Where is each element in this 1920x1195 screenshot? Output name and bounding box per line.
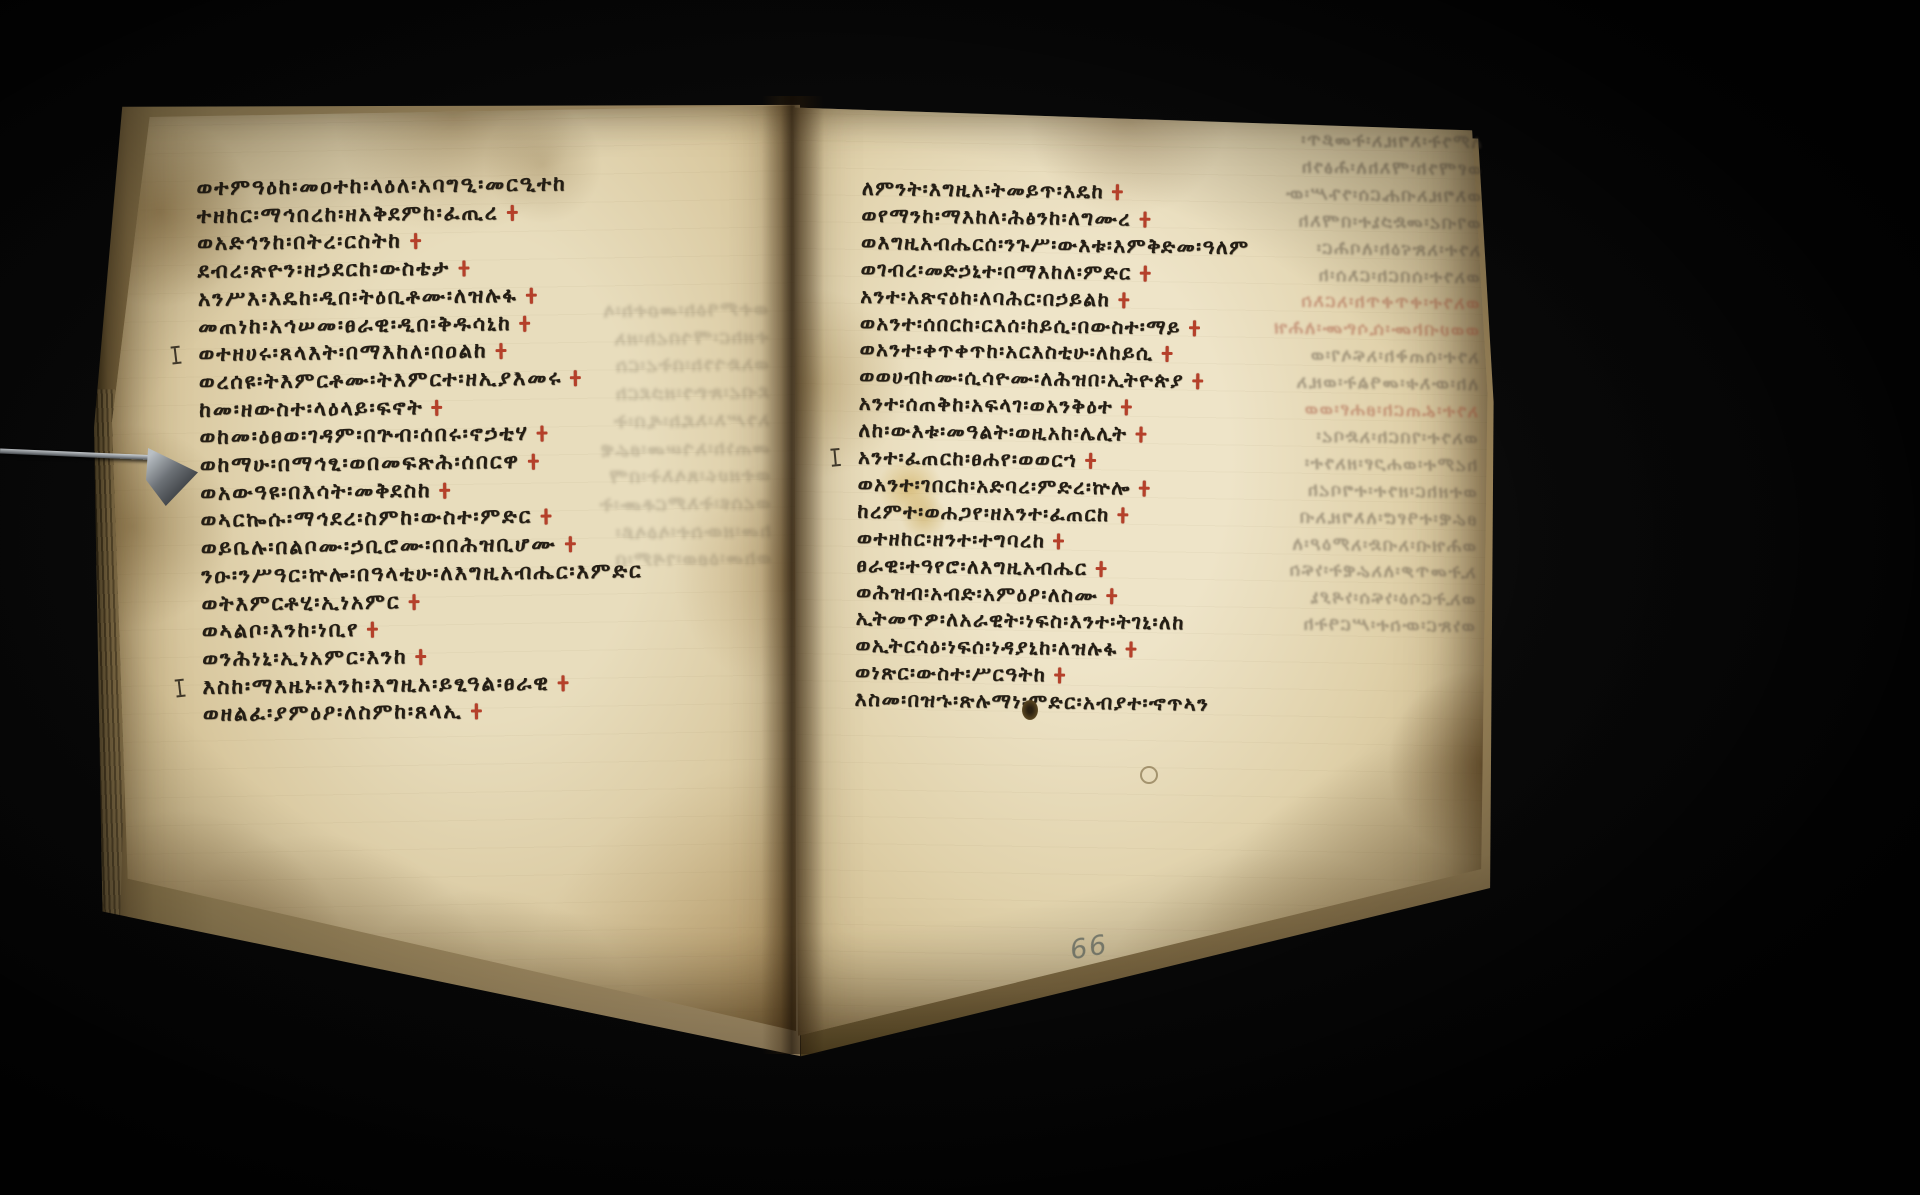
red-cross-mark: [408, 594, 419, 610]
red-cross-mark: [1140, 265, 1151, 281]
red-cross-mark: [528, 454, 539, 470]
manuscript-line-text: ተዘከር፡ማኅበረከ፡ዘአቅደምከ፡ፈጢረ: [197, 200, 499, 228]
red-cross-mark: [1112, 184, 1123, 200]
manuscript-line: ወሕዝብ፡አብድ፡አምዕዖ፡ለስሙ: [856, 579, 1117, 610]
red-cross-mark: [558, 675, 569, 691]
manuscript-line: ወአውዓዩ፡በእሳት፡መቅደስከ: [200, 477, 451, 507]
red-cross-mark: [540, 509, 551, 525]
red-cross-mark: [367, 622, 378, 638]
manuscript-line-text: ፀራዊ፡ተዓየሮ፡ለእግዚአብሔር: [856, 552, 1087, 579]
manuscript-line-text: ወተዘሀሩ፡ጸላእት፡በማእከለ፡በዐልከ: [198, 338, 487, 366]
manuscript-line: ወኢትርሳዕ፡ነፍሰ፡ነዳያኒከ፡ለዝሉፋ: [855, 633, 1136, 664]
manuscript-line: ወተዘሀሩ፡ጸላእት፡በማእከለ፡በዐልከ: [198, 338, 506, 369]
manuscript-line-text: ወተምዓዕከ፡መዐተከ፡ላዕለ፡አባግዒ፡መርዒተከ: [196, 171, 566, 200]
red-cross-mark: [458, 261, 469, 277]
manuscript-line: ወዘልፈ፡ያምዕዖ፡ለስምከ፡ጸላኢ: [203, 699, 482, 729]
parchment-ring-stain: [1140, 766, 1158, 784]
manuscript-line-text: ወንሕነኒ፡ኢነአምር፡እንከ: [202, 644, 408, 671]
red-cross-mark: [431, 399, 442, 415]
red-cross-mark: [1121, 400, 1132, 416]
manuscript-line-text: እስከ፡ማእዜኑ፡እንከ፡እግዚአ፡ይፂዓል፡ፀራዊ: [202, 670, 549, 698]
red-cross-mark: [1161, 346, 1172, 362]
red-cross-mark: [1139, 211, 1150, 227]
manuscript-line: ደብረ፡ጽዮን፡ዘኃደርከ፡ውስቴታ: [197, 256, 469, 286]
manuscript-line: ከመ፡ዘውስተ፡ላዕላይ፡ፍኖት: [199, 394, 443, 424]
manuscript-line: ለከ፡ውእቱ፡መዓልት፡ወዚአከ፡ሌሊት: [858, 418, 1146, 449]
manuscript-line: አንሥእ፡እዴከ፡ዲበ፡ትዕቢቶሙ፡ለዝሉፋ: [198, 282, 537, 313]
red-cross-mark: [564, 536, 575, 552]
manuscript-line-text: አንተ፡አጽናዕከ፡ለባሕር፡በኃይልከ: [860, 283, 1110, 310]
red-cross-mark: [495, 343, 506, 359]
manuscript-line-text: ወእግዚአብሔርሰ፡ንጉሥ፡ውእቱ፡እምቅድመ፡ዓለም: [861, 229, 1250, 258]
manuscript-line-text: ወይቤሉ፡በልቦሙ፡ኃቢሮሙ፡በበሕዝቢሆሙ: [201, 532, 557, 560]
manuscript-line: ተዘከር፡ማኅበረከ፡ዘአቅደምከ፡ፈጢረ: [197, 200, 518, 231]
manuscript-line: መጠነከ፡አኅሠመ፡ፀራዊ፡ዲበ፡ቅዱሳኒከ: [198, 310, 531, 341]
manuscript-line: ንዑ፡ንሥዓር፡ኵሎ፡በዓላቲሁ፡ለእግዚአብሔር፡እምድር: [201, 558, 643, 590]
red-cross-mark: [415, 649, 426, 665]
red-cross-mark: [1095, 561, 1106, 577]
red-cross-mark: [471, 704, 482, 720]
manuscript-line-text: ወሕዝብ፡አብድ፡አምዕዖ፡ለስሙ: [856, 579, 1098, 606]
manuscript-line: ወከመ፡ዕፀወ፡ገዳም፡በጕብ፡ሰበሩ፡ኖኃቲሃ: [199, 421, 548, 452]
manuscript-line: ወከማሁ፡በማኅፂ፡ወበመፍጽሕ፡ሰበርዋ: [200, 449, 539, 480]
manuscript-line-text: አንሥእ፡እዴከ፡ዲበ፡ትዕቢቶሙ፡ለዝሉፋ: [198, 283, 518, 311]
left-page-text: ወተምዓዕከ፡መዐተከ፡ላዕለ፡አባግዒ፡መርዒተከተዘከር፡ማኅበረከ፡ዘአቅ…: [196, 168, 823, 776]
manuscript-line-text: ወትእምርቶሂ፡ኢነአምር: [201, 589, 400, 615]
red-cross-mark: [1085, 453, 1096, 469]
red-cross-mark: [1053, 533, 1064, 549]
red-cross-mark: [1106, 588, 1117, 604]
manuscript-line: ወነጽር፡ውስተ፡ሥርዓትከ: [855, 660, 1066, 690]
red-cross-mark: [1135, 427, 1146, 443]
manuscript-line-text: ወረሰዩ፡ትእምርቶሙ፡ትእምርተ፡ዘኢያእመሩ: [199, 365, 563, 393]
manuscript-line-text: ወኣርኰሱ፡ማኅደረ፡ስምከ፡ውስተ፡ምድር: [200, 504, 532, 532]
right-page-text: ለምንት፡እግዚአ፡ትመይጥ፡እዴከወየማንከ፡ማእከለ፡ሕፅንከ፡ለግሙረወእ…: [854, 176, 1482, 765]
manuscript-line-text: ወከማሁ፡በማኅፂ፡ወበመፍጽሕ፡ሰበርዋ: [200, 449, 520, 477]
red-cross-mark: [410, 233, 421, 249]
red-cross-mark: [1118, 292, 1129, 308]
parchment-hole: [1022, 700, 1038, 720]
manuscript-line-text: ወኢትርሳዕ፡ነፍሰ፡ነዳያኒከ፡ለዝሉፋ: [855, 633, 1117, 661]
manuscript-line: ከረምተ፡ወሐጋየ፡ዘአንተ፡ፈጠርከ: [857, 498, 1129, 529]
red-cross-mark: [1118, 507, 1129, 523]
red-cross-mark: [520, 315, 531, 331]
red-cross-mark: [506, 205, 517, 221]
manuscript-line-text: ወዘልፈ፡ያምዕዖ፡ለስምከ፡ጸላኢ: [203, 699, 463, 726]
manuscript-line-text: ደብረ፡ጽዮን፡ዘኃደርከ፡ውስቴታ: [197, 256, 450, 283]
manuscript-line-text: አንተ፡ሰጠቅከ፡አፍላገ፡ወአንቅዕተ: [859, 391, 1114, 419]
red-cross-mark: [1192, 374, 1203, 390]
manuscript-line: ወአድኅንከ፡በትረ፡ርስትከ: [197, 228, 421, 258]
red-cross-mark: [439, 482, 450, 498]
manuscript-line-text: ንዑ፡ንሥዓር፡ኵሎ፡በዓላቲሁ፡ለእግዚአብሔር፡እምድር: [201, 558, 643, 587]
red-cross-mark: [525, 287, 536, 303]
manuscript-line: ወንሕነኒ፡ኢነአምር፡እንከ: [202, 644, 427, 674]
manuscript-line-text: ወገብረ፡መድኃኒተ፡በማእከለ፡ምድር: [861, 256, 1132, 284]
manuscript-line: ለምንት፡እግዚአ፡ትመይጥ፡እዴከ: [862, 176, 1124, 207]
manuscript-line-text: ወወሀብኮሙ፡ሲሳዮሙ፡ለሕዝበ፡ኢትዮጵያ: [859, 364, 1184, 393]
manuscript-line-text: ወነጽር፡ውስተ፡ሥርዓትከ: [855, 660, 1047, 687]
manuscript-line-text: መጠነከ፡አኅሠመ፡ፀራዊ፡ዲበ፡ቅዱሳኒከ: [198, 310, 512, 338]
margin-numeral-mark: [171, 346, 182, 365]
pencil-page-number: 66: [1068, 929, 1111, 966]
red-cross-mark: [570, 370, 581, 386]
manuscript-line-text: ወአንተ፡ገበርከ፡አድባረ፡ምድረ፡ኵሎ: [858, 472, 1132, 500]
manuscript-line: ወይቤሉ፡በልቦሙ፡ኃቢሮሙ፡በበሕዝቢሆሙ: [201, 531, 576, 563]
manuscript-line-text: ለከ፡ውእቱ፡መዓልት፡ወዚአከ፡ሌሊት: [858, 418, 1127, 446]
manuscript-line: ወየማንከ፡ማእከለ፡ሕፅንከ፡ለግሙረ: [861, 203, 1150, 234]
manuscript-line: አንተ፡ሰጠቅከ፡አፍላገ፡ወአንቅዕተ: [859, 391, 1133, 422]
red-cross-mark: [1054, 668, 1065, 684]
red-cross-mark: [537, 426, 548, 442]
red-cross-mark: [1189, 320, 1200, 336]
manuscript-line: ወትእምርቶሂ፡ኢነአምር: [201, 589, 419, 619]
manuscript-line-text: ወአድኅንከ፡በትረ፡ርስትከ: [197, 229, 402, 255]
manuscript-line-text: ወከመ፡ዕፀወ፡ገዳም፡በጕብ፡ሰበሩ፡ኖኃቲሃ: [199, 421, 529, 449]
manuscript-line: እስከ፡ማእዜኑ፡እንከ፡እግዚአ፡ይፂዓል፡ፀራዊ: [202, 670, 568, 701]
manuscript-line: አንተ፡አጽናዕከ፡ለባሕር፡በኃይልከ: [860, 283, 1129, 314]
manuscript-line-text: ወአንተ፡ሰበርከ፡ርእሰ፡ከይሲ፡በውስተ፡ማይ: [860, 310, 1181, 338]
red-cross-mark: [1139, 480, 1150, 496]
manuscript-line-text: ወተዘከር፡ዘንተ፡ተግባረከ: [857, 525, 1046, 552]
manuscript-line: ወተምዓዕከ፡መዐተከ፡ላዕለ፡አባግዒ፡መርዒተከ: [196, 171, 566, 203]
manuscript-line: ወኣርኰሱ፡ማኅደረ፡ስምከ፡ውስተ፡ምድር: [200, 504, 551, 535]
manuscript-line: ወገብረ፡መድኃኒተ፡በማእከለ፡ምድር: [861, 256, 1151, 287]
red-cross-mark: [1126, 642, 1137, 658]
manuscript-line: ወተዘከር፡ዘንተ፡ተግባረከ: [857, 525, 1065, 555]
manuscript-line: አንተ፡ፈጠርከ፡ፀሐየ፡ወወርኀ: [858, 445, 1096, 475]
manuscript-line-text: ወአውዓዩ፡በእሳት፡መቅደስከ: [200, 478, 432, 505]
margin-numeral-mark: [830, 448, 841, 467]
manuscript-line: ወረሰዩ፡ትእምርቶሙ፡ትእምርተ፡ዘኢያእመሩ: [199, 365, 582, 397]
manuscript-line: ፀራዊ፡ተዓየሮ፡ለእግዚአብሔር: [856, 552, 1106, 582]
manuscript-line-text: ከመ፡ዘውስተ፡ላዕላይ፡ፍኖት: [199, 395, 424, 422]
manuscript-line: ወአንተ፡ገበርከ፡አድባረ፡ምድረ፡ኵሎ: [858, 472, 1151, 503]
manuscript-line-text: ኢትመጥዎ፡ለአራዊት፡ነፍስ፡እንተ፡ትገኒ፡ለከ: [856, 606, 1185, 635]
manuscript-line-text: ለምንት፡እግዚአ፡ትመይጥ፡እዴከ: [862, 176, 1105, 203]
manuscript-line-text: ከረምተ፡ወሐጋየ፡ዘአንተ፡ፈጠርከ: [857, 498, 1110, 526]
manuscript-line: ወኣልቦ፡እንከ፡ነቢየ: [202, 617, 379, 646]
manuscript-line-text: አንተ፡ፈጠርከ፡ፀሐየ፡ወወርኀ: [858, 445, 1077, 472]
manuscript-photo: ወተምዓዕከ፡መዐተከ፡ላተዘከር፡ማኅበረከ፡ዘአወአድኅንከ፡በትረ፡ርስደ…: [0, 0, 1920, 1195]
manuscript-line-text: ወአንተ፡ቀጥቀጥከ፡አርእስቲሁ፡ለከይሲ: [859, 337, 1153, 365]
manuscript-line-text: ወየማንከ፡ማእከለ፡ሕፅንከ፡ለግሙረ: [861, 203, 1131, 231]
manuscript-line-text: ወኣልቦ፡እንከ፡ነቢየ: [202, 617, 360, 643]
